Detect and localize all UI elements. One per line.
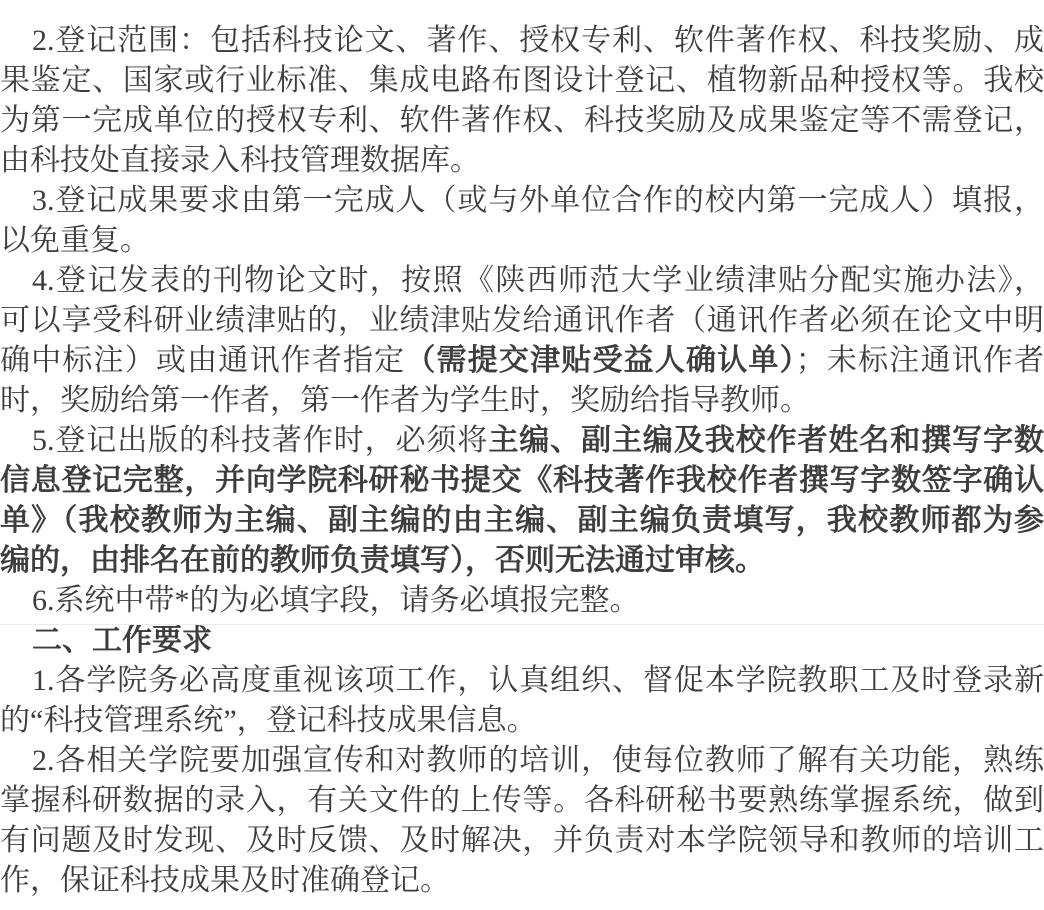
bold-text-segment: 主编、副主编及我校作者姓名和撰写字数: [488, 424, 1044, 457]
text-line: 编的，由排名在前的教师负责填写），否则无法通过审核。: [0, 541, 1044, 581]
text-line: 以免重复。: [0, 221, 1044, 261]
text-line: 有问题及时发现、及时反馈、及时解决，并负责对本学院领导和教师的培训工: [0, 821, 1044, 861]
text-line: 1.各学院务必高度重视该项工作，认真组织、督促本学院教职工及时登录新: [0, 661, 1044, 701]
requirement-1-college-attention: 1.各学院务必高度重视该项工作，认真组织、督促本学院教职工及时登录新的“科技管理…: [0, 661, 1044, 741]
section-heading-work-requirements: 二、工作要求: [0, 621, 1044, 661]
document-text: 2.登记范围：包括科技论文、著作、授权专利、软件著作权、科技奖励、成果鉴定、国家…: [0, 21, 1044, 901]
text-line: 二、工作要求: [0, 621, 1044, 661]
requirement-2-training: 2.各相关学院要加强宣传和对教师的培训，使每位教师了解有关功能，熟练掌握科研数据…: [0, 741, 1044, 901]
item-3-first-completer-fills: 3.登记成果要求由第一完成人（或与外单位合作的校内第一完成人）填报，以免重复。: [0, 181, 1044, 261]
text-line: 可以享受科研业绩津贴的，业绩津贴发给通讯作者（通讯作者必须在论文中明: [0, 301, 1044, 341]
bold-text-segment: （需提交津贴受益人确认单）: [405, 344, 795, 377]
text-line: 作，保证科技成果及时准确登记。: [0, 861, 1044, 901]
text-segment: 2.登记范围：包括科技论文、著作、授权专利、软件著作权、科技奖励、成: [32, 24, 1044, 57]
text-line: 4.登记发表的刊物论文时，按照《陕西师范大学业绩津贴分配实施办法》，: [0, 261, 1044, 301]
text-line: 的“科技管理系统”，登记科技成果信息。: [0, 701, 1044, 741]
text-segment: 5.登记出版的科技著作时，必须将: [32, 424, 488, 457]
text-segment: 时，奖励给第一作者，第一作者为学生时，奖励给指导教师。: [0, 384, 810, 417]
text-line: 时，奖励给第一作者，第一作者为学生时，奖励给指导教师。: [0, 381, 1044, 421]
text-segment: ；未标注通讯作者: [796, 344, 1044, 377]
item-2-registration-scope: 2.登记范围：包括科技论文、著作、授权专利、软件著作权、科技奖励、成果鉴定、国家…: [0, 21, 1044, 181]
text-line: 2.登记范围：包括科技论文、著作、授权专利、软件著作权、科技奖励、成: [0, 21, 1044, 61]
text-segment: 可以享受科研业绩津贴的，业绩津贴发给通讯作者（通讯作者必须在论文中明: [0, 304, 1044, 337]
text-line: 6.系统中带*的为必填字段，请务必填报完整。: [0, 581, 1044, 621]
text-segment: 2.各相关学院要加强宣传和对教师的培训，使每位教师了解有关功能，熟练: [32, 744, 1044, 777]
text-line: 5.登记出版的科技著作时，必须将主编、副主编及我校作者姓名和撰写字数: [0, 421, 1044, 461]
text-segment: 掌握科研数据的录入，有关文件的上传等。各科研秘书要熟练掌握系统，做到: [0, 784, 1044, 817]
item-5-published-books: 5.登记出版的科技著作时，必须将主编、副主编及我校作者姓名和撰写字数信息登记完整…: [0, 421, 1044, 581]
text-line: 3.登记成果要求由第一完成人（或与外单位合作的校内第一完成人）填报，: [0, 181, 1044, 221]
text-segment: 果鉴定、国家或行业标准、集成电路布图设计登记、植物新品种授权等。我校: [0, 64, 1044, 97]
text-line: 2.各相关学院要加强宣传和对教师的培训，使每位教师了解有关功能，熟练: [0, 741, 1044, 781]
text-line: 果鉴定、国家或行业标准、集成电路布图设计登记、植物新品种授权等。我校: [0, 61, 1044, 101]
text-line: 由科技处直接录入科技管理数据库。: [0, 141, 1044, 181]
faint-divider: [0, 624, 1044, 625]
document-page: 2.登记范围：包括科技论文、著作、授权专利、软件著作权、科技奖励、成果鉴定、国家…: [0, 0, 1044, 910]
text-line: 为第一完成单位的授权专利、软件著作权、科技奖励及成果鉴定等不需登记，: [0, 101, 1044, 141]
text-segment: 6.系统中带*的为必填字段，请务必填报完整。: [32, 584, 640, 617]
bold-text-segment: 二、工作要求: [32, 624, 212, 657]
text-segment: 的“科技管理系统”，登记科技成果信息。: [0, 704, 537, 737]
text-segment: 为第一完成单位的授权专利、软件著作权、科技奖励及成果鉴定等不需登记，: [0, 104, 1044, 137]
text-segment: 以免重复。: [0, 224, 150, 257]
text-line: 确中标注）或由通讯作者指定（需提交津贴受益人确认单）；未标注通讯作者: [0, 341, 1044, 381]
bold-text-segment: 单》（我校教师为主编、副主编的由主编、副主编负责填写，我校教师都为参: [0, 504, 1044, 537]
text-segment: 3.登记成果要求由第一完成人（或与外单位合作的校内第一完成人）填报，: [32, 184, 1044, 217]
item-4-journal-papers: 4.登记发表的刊物论文时，按照《陕西师范大学业绩津贴分配实施办法》，可以享受科研…: [0, 261, 1044, 421]
text-segment: 由科技处直接录入科技管理数据库。: [0, 144, 480, 177]
text-segment: 4.登记发表的刊物论文时，按照《陕西师范大学业绩津贴分配实施办法》，: [32, 264, 1044, 297]
item-6-required-fields: 6.系统中带*的为必填字段，请务必填报完整。: [0, 581, 1044, 621]
bold-text-segment: 编的，由排名在前的教师负责填写），否则无法通过审核。: [0, 544, 765, 577]
text-line: 单》（我校教师为主编、副主编的由主编、副主编负责填写，我校教师都为参: [0, 501, 1044, 541]
text-segment: 1.各学院务必高度重视该项工作，认真组织、督促本学院教职工及时登录新: [32, 664, 1044, 697]
text-segment: 作，保证科技成果及时准确登记。: [0, 864, 450, 897]
text-line: 掌握科研数据的录入，有关文件的上传等。各科研秘书要熟练掌握系统，做到: [0, 781, 1044, 821]
bold-text-segment: 信息登记完整，并向学院科研秘书提交《科技著作我校作者撰写字数签字确认: [0, 464, 1044, 497]
text-line: 信息登记完整，并向学院科研秘书提交《科技著作我校作者撰写字数签字确认: [0, 461, 1044, 501]
text-segment: 有问题及时发现、及时反馈、及时解决，并负责对本学院领导和教师的培训工: [0, 824, 1044, 857]
text-segment: 确中标注）或由通讯作者指定: [0, 344, 405, 377]
